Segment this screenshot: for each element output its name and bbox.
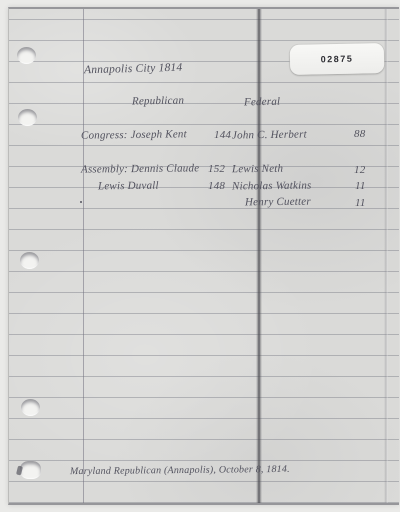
binder-hole bbox=[20, 252, 39, 269]
federal-votes: 11 bbox=[355, 180, 366, 192]
center-seam-line bbox=[256, 9, 262, 503]
federal-candidate: Nicholas Watkins bbox=[232, 180, 312, 193]
page-title: Annapolis City 1814 bbox=[84, 62, 183, 77]
republican-votes: 152 bbox=[208, 163, 225, 175]
column-header-republican: Republican bbox=[132, 95, 184, 108]
republican-candidate: Dennis Claude bbox=[131, 162, 199, 175]
republican-votes: 148 bbox=[208, 180, 225, 192]
source-citation: Maryland Republican (Annapolis), October… bbox=[70, 464, 290, 477]
catalog-number: 02875 bbox=[321, 54, 354, 65]
federal-votes: 11 bbox=[355, 197, 366, 209]
row-assembly-republican: Assembly: Dennis Claude bbox=[81, 162, 199, 175]
ruled-lines bbox=[9, 7, 399, 503]
ledger-page: 02875 Annapolis City 1814 Republican Fed… bbox=[8, 7, 399, 505]
binder-hole bbox=[18, 109, 37, 126]
office-label: Congress: bbox=[81, 129, 128, 142]
ink-dot bbox=[80, 201, 82, 203]
binder-hole bbox=[17, 47, 36, 64]
binder-hole bbox=[21, 399, 40, 416]
office-label: Assembly: bbox=[81, 163, 128, 175]
republican-votes: 144 bbox=[214, 129, 231, 141]
federal-candidate: John C. Herbert bbox=[232, 128, 307, 141]
federal-votes: 88 bbox=[354, 128, 365, 140]
republican-candidate: Lewis Duvall bbox=[98, 180, 159, 193]
republican-candidate: Joseph Kent bbox=[130, 128, 186, 141]
federal-candidate: Henry Cuetter bbox=[245, 196, 311, 209]
catalog-sticker: 02875 bbox=[290, 43, 385, 75]
scanned-document: 02875 Annapolis City 1814 Republican Fed… bbox=[0, 0, 400, 512]
row-congress-republican: Congress: Joseph Kent bbox=[81, 128, 187, 141]
binder-hole bbox=[20, 461, 41, 479]
margin-line bbox=[83, 9, 84, 503]
right-crease bbox=[384, 9, 388, 503]
federal-candidate: Lewis Neth bbox=[232, 163, 283, 176]
federal-votes: 12 bbox=[354, 164, 365, 176]
column-header-federal: Federal bbox=[244, 96, 280, 109]
